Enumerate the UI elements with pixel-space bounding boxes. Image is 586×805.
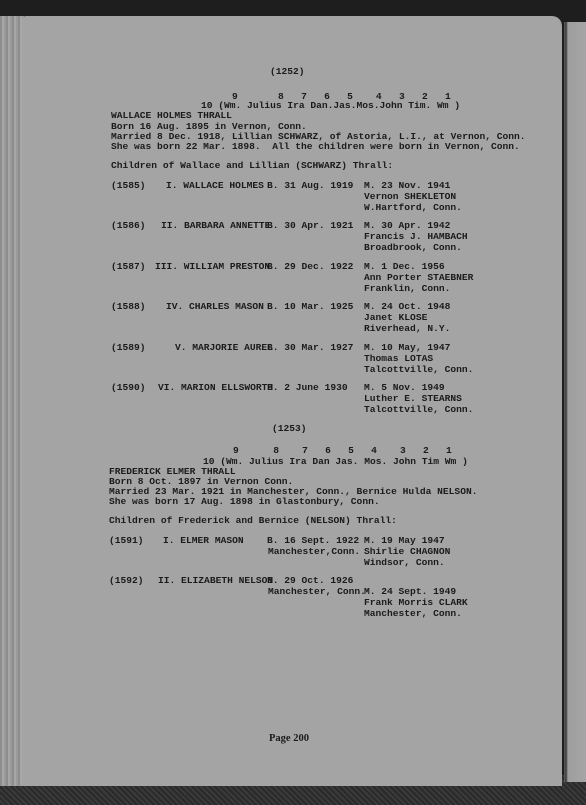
child-spouse-place: Riverhead, N.Y. <box>364 323 450 335</box>
child-spouse-place: Talcottville, Conn. <box>364 364 473 376</box>
child-name: II. ELIZABETH NELSON <box>158 575 273 587</box>
child-id: (1588) <box>111 301 146 313</box>
entry-number: (1252) <box>270 66 305 78</box>
spouse-detail: She was born 17 Aug. 1898 in Glastonbury… <box>109 496 380 508</box>
children-heading: Children of Frederick and Bernice (NELSO… <box>109 515 397 527</box>
child-birth: B. 10 Mar. 1925 <box>267 301 353 313</box>
child-id: (1590) <box>111 382 146 394</box>
entry-number: (1253) <box>272 423 307 435</box>
child-birth-place: Manchester, Conn. <box>268 586 366 598</box>
child-id: (1589) <box>111 342 146 354</box>
child-name: VI. MARION ELLSWORTH <box>158 382 273 394</box>
child-birth: B. 30 Apr. 1921 <box>267 220 353 232</box>
child-spouse-place: Manchester, Conn. <box>364 608 462 620</box>
child-name: II. BARBARA ANNETTE <box>161 220 270 232</box>
page-number: Page 200 <box>269 733 309 745</box>
child-birth: B. 31 Aug. 1919 <box>267 180 353 192</box>
child-name: V. MARJORIE AUREL <box>175 342 273 354</box>
child-id: (1587) <box>111 261 146 273</box>
child-spouse-place: Franklin, Conn. <box>364 283 450 295</box>
child-spouse-place: Broadbrook, Conn. <box>364 242 462 254</box>
children-heading: Children of Wallace and Lillian (SCHWARZ… <box>111 160 393 172</box>
child-birth: B. 2 June 1930 <box>267 382 348 394</box>
child-name: IV. CHARLES MASON <box>166 301 264 313</box>
child-name: III. WILLIAM PRESTON <box>155 261 270 273</box>
lineage: 10 (Wm. Julius Ira Dan Jas. Mos. John Ti… <box>203 456 468 468</box>
child-spouse-place: W.Hartford, Conn. <box>364 202 462 214</box>
child-id: (1586) <box>111 220 146 232</box>
child-spouse-place: Windsor, Conn. <box>364 557 445 569</box>
child-spouse-place: Talcottville, Conn. <box>364 404 473 416</box>
spouse-detail: She was born 22 Mar. 1898. All the child… <box>111 141 520 153</box>
child-birth: B. 29 Dec. 1922 <box>267 261 353 273</box>
child-id: (1591) <box>109 535 144 547</box>
child-name: I. WALLACE HOLMES <box>166 180 264 192</box>
child-id: (1592) <box>109 575 144 587</box>
lineage: 10 (Wm. Julius Ira Dan.Jas.Mos.John Tim.… <box>201 100 460 112</box>
child-id: (1585) <box>111 180 146 192</box>
page-content: (1252) 9 8 7 6 5 4 3 2 1 10 (Wm. Julius … <box>0 0 586 805</box>
child-birth: B. 30 Mar. 1927 <box>267 342 353 354</box>
child-name: I. ELMER MASON <box>163 535 244 547</box>
child-birth-place: Manchester,Conn. <box>268 546 360 558</box>
